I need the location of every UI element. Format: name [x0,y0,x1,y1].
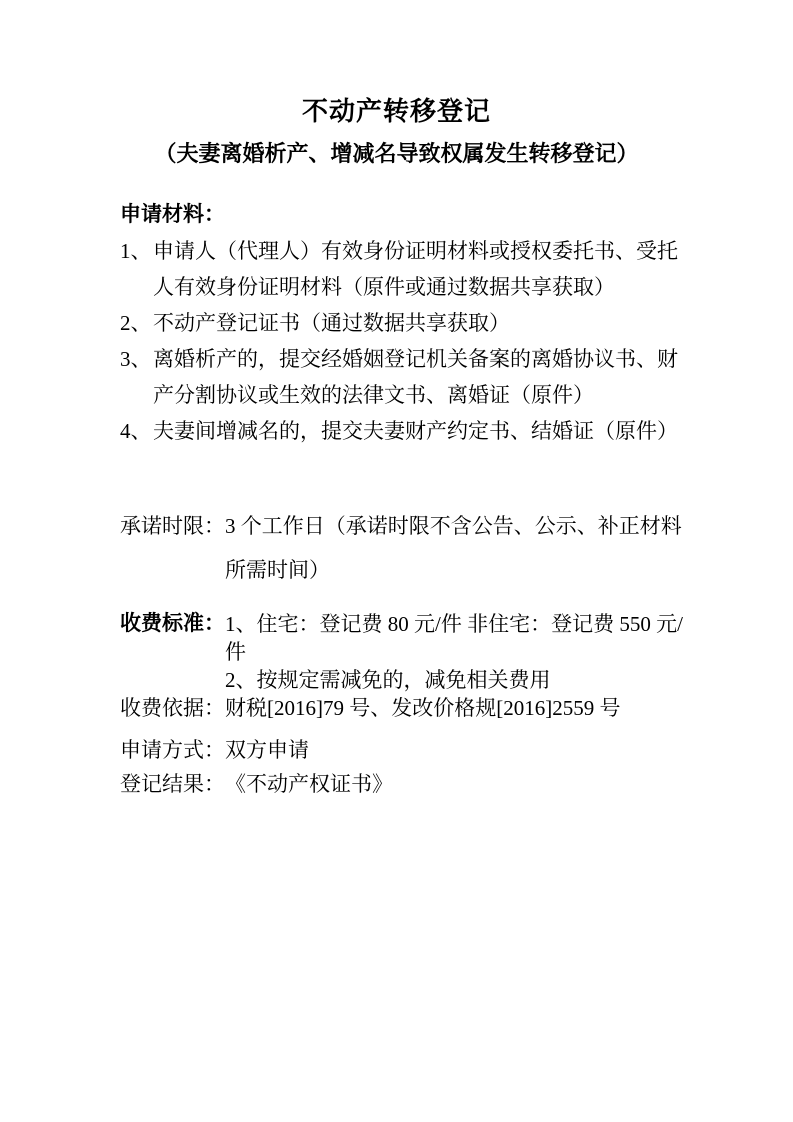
field-value: 《不动产权证书》 [225,770,693,798]
field-fee-standard: 收费标准： 1、住宅：登记费 80 元/件 非住宅：登记费 550 元/件 2、… [120,610,693,694]
material-item-2: 2、 不动产登记证书（通过数据共享获取） [120,305,693,341]
value-line: 1、住宅：登记费 80 元/件 非住宅：登记费 550 元/件 [225,610,693,666]
document-body: 申请材料： 1、 申请人（代理人）有效身份证明材料或授权委托书、受托 人有效身份… [120,197,693,798]
item-number: 2、 [120,305,153,341]
item-line: 产分割协议或生效的法律文书、离婚证（原件） [153,377,693,413]
item-number: 4、 [120,413,153,449]
field-fee-basis: 收费依据： 财税[2016]79 号、发改价格规[2016]2559 号 [120,694,693,722]
item-line: 申请人（代理人）有效身份证明材料或授权委托书、受托 [153,233,693,269]
field-apply-method: 申请方式： 双方申请 [120,736,693,764]
page-title: 不动产转移登记 [0,96,793,126]
item-line: 人有效身份证明材料（原件或通过数据共享获取） [153,269,693,305]
field-label: 申请方式： [120,736,225,764]
field-label: 承诺时限： [120,504,225,592]
materials-heading: 申请材料： [120,197,693,233]
value-line: 2、按规定需减免的，减免相关费用 [225,666,693,694]
value-line: 3 个工作日（承诺时限不含公告、公示、补正材料 [225,504,693,548]
material-item-4: 4、 夫妻间增减名的，提交夫妻财产约定书、结婚证（原件） [120,413,693,449]
item-text: 不动产登记证书（通过数据共享获取） [153,305,693,341]
document-page: 不动产转移登记 （夫妻离婚析产、增减名导致权属发生转移登记） 申请材料： 1、 … [0,0,793,1122]
value-line: 所需时间） [225,548,693,592]
field-promise-time: 承诺时限： 3 个工作日（承诺时限不含公告、公示、补正材料 所需时间） [120,504,693,592]
field-value: 1、住宅：登记费 80 元/件 非住宅：登记费 550 元/件 2、按规定需减免… [225,610,693,694]
page-subtitle: （夫妻离婚析产、增减名导致权属发生转移登记） [0,141,793,167]
item-text: 夫妻间增减名的，提交夫妻财产约定书、结婚证（原件） [153,413,693,449]
document-header: 不动产转移登记 （夫妻离婚析产、增减名导致权属发生转移登记） [0,0,793,167]
field-label: 登记结果： [120,770,225,798]
field-label: 收费标准： [120,610,225,694]
field-value: 财税[2016]79 号、发改价格规[2016]2559 号 [225,694,693,722]
materials-section: 申请材料： 1、 申请人（代理人）有效身份证明材料或授权委托书、受托 人有效身份… [120,197,693,449]
field-label: 收费依据： [120,694,225,722]
material-item-3: 3、 离婚析产的，提交经婚姻登记机关备案的离婚协议书、财 产分割协议或生效的法律… [120,341,693,413]
field-value: 3 个工作日（承诺时限不含公告、公示、补正材料 所需时间） [225,504,693,592]
item-line: 不动产登记证书（通过数据共享获取） [153,305,693,341]
item-text: 离婚析产的，提交经婚姻登记机关备案的离婚协议书、财 产分割协议或生效的法律文书、… [153,341,693,413]
field-registration-result: 登记结果： 《不动产权证书》 [120,770,693,798]
item-number: 1、 [120,233,153,305]
summary-fields: 承诺时限： 3 个工作日（承诺时限不含公告、公示、补正材料 所需时间） 收费标准… [120,504,693,798]
item-number: 3、 [120,341,153,413]
item-text: 申请人（代理人）有效身份证明材料或授权委托书、受托 人有效身份证明材料（原件或通… [153,233,693,305]
item-line: 夫妻间增减名的，提交夫妻财产约定书、结婚证（原件） [153,413,693,449]
material-item-1: 1、 申请人（代理人）有效身份证明材料或授权委托书、受托 人有效身份证明材料（原… [120,233,693,305]
item-line: 离婚析产的，提交经婚姻登记机关备案的离婚协议书、财 [153,341,693,377]
field-value: 双方申请 [225,736,693,764]
